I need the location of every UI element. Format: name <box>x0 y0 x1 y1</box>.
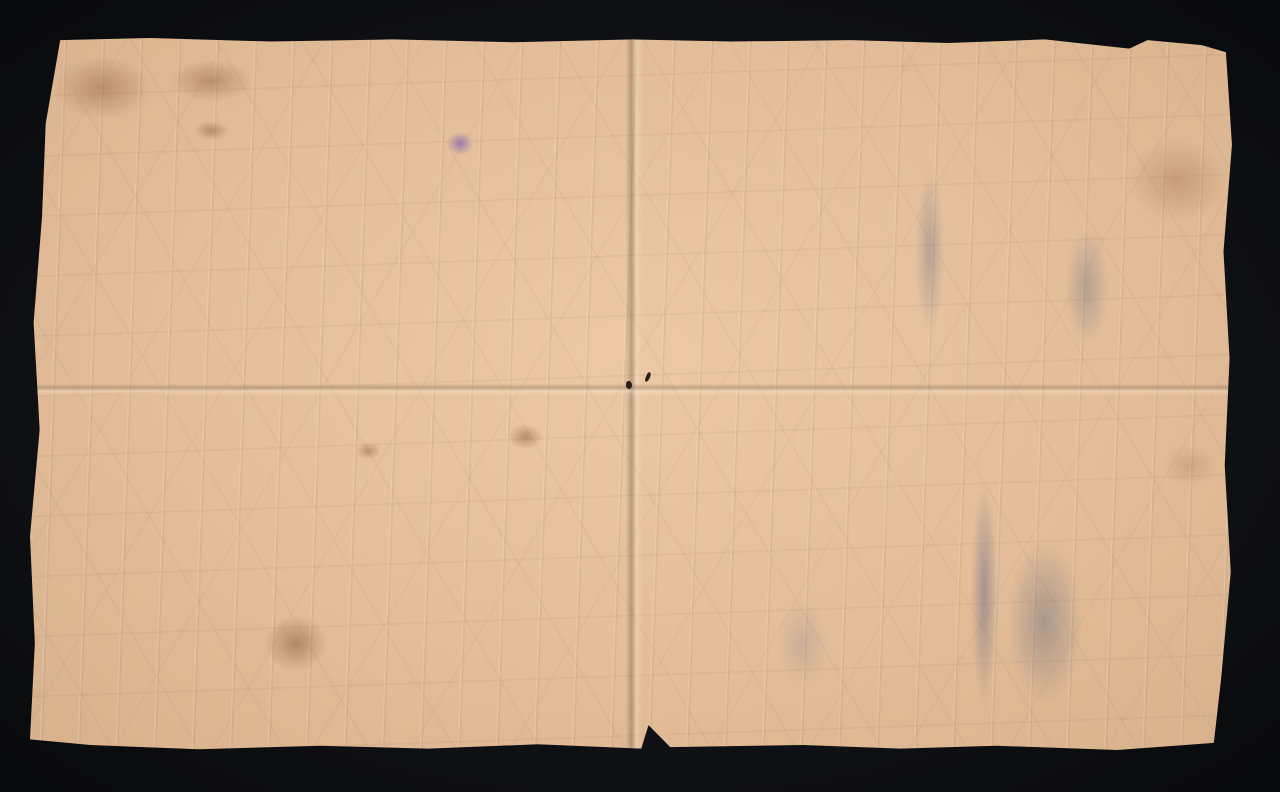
aged-paper-sheet <box>30 38 1238 750</box>
fold-hole <box>626 381 632 389</box>
photo-scene <box>0 0 1280 792</box>
